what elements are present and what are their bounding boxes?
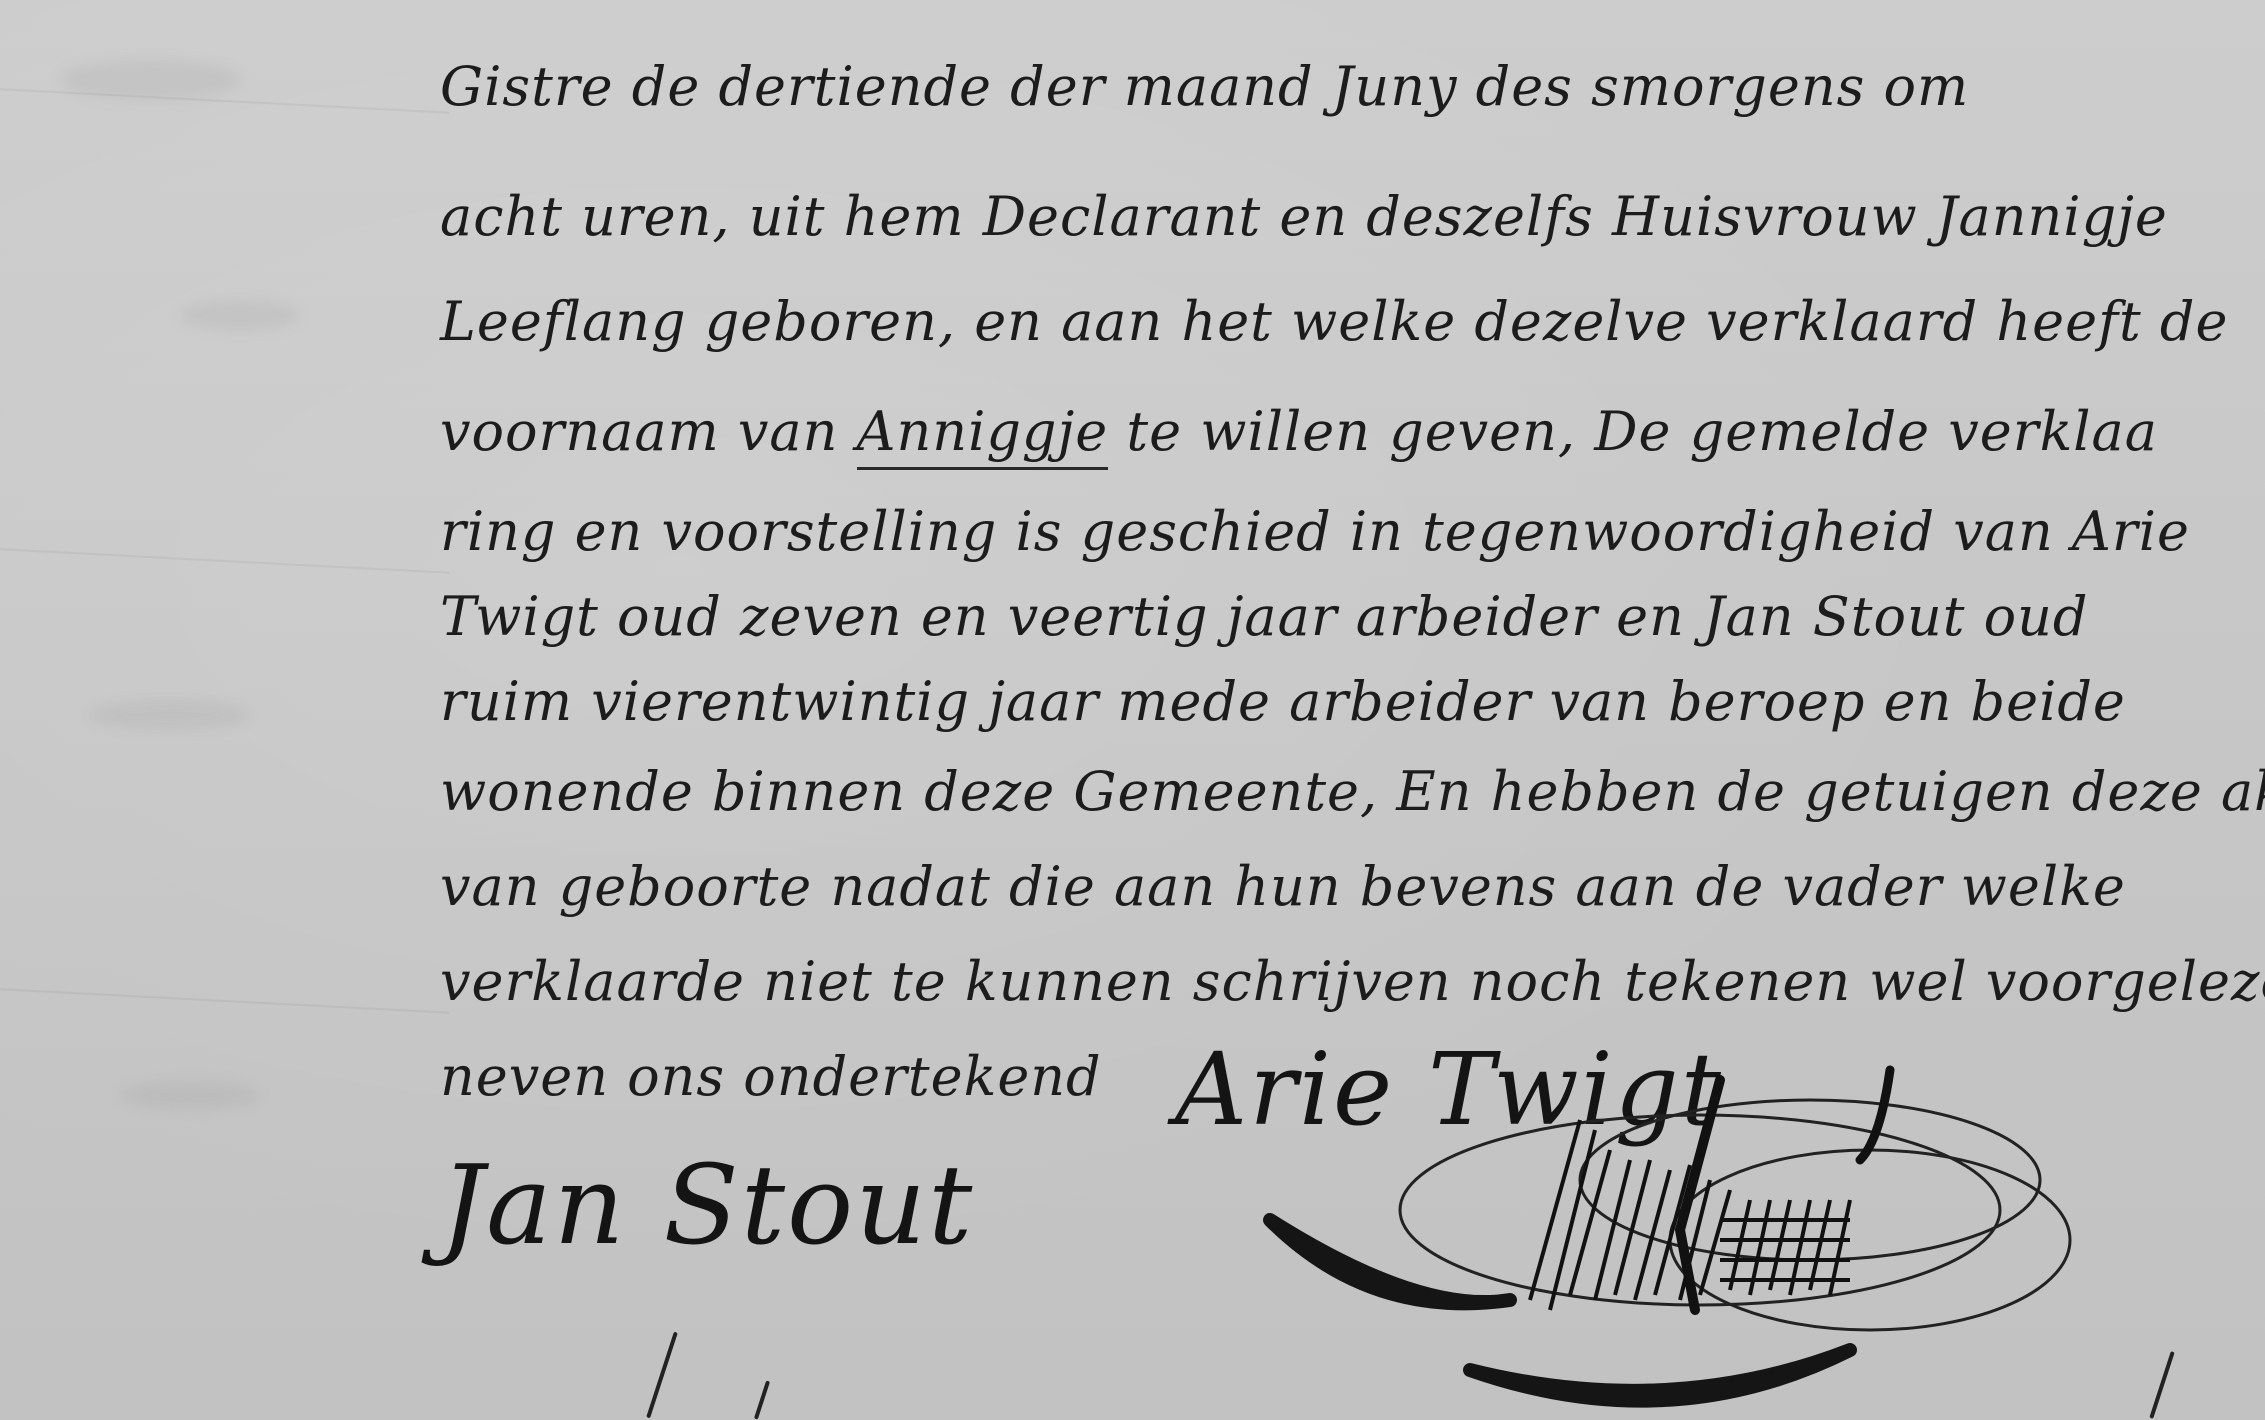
text-line-3: Leeflang geboren, en aan het welke dezel…: [440, 295, 2228, 349]
signature-jan-stout: Jan Stout: [440, 1150, 974, 1260]
paper-fold-line: [0, 988, 449, 1014]
paper-fold-line: [0, 88, 449, 114]
paper-stain: [180, 300, 300, 330]
paper-stain: [90, 700, 250, 730]
cutoff-stroke: [754, 1380, 770, 1419]
document-page: Gistre de dertiende der maand Juny des s…: [0, 0, 2265, 1420]
text-line-2: acht uren, uit hem Declarant en deszelfs…: [440, 190, 2168, 244]
cutoff-stroke: [2149, 1351, 2174, 1419]
text-line-4b: te willen geven, De gemelde verklaa: [1126, 400, 2158, 463]
text-line-11: neven ons ondertekend: [440, 1050, 1102, 1104]
text-line-10: verklaarde niet te kunnen schrijven noch…: [440, 955, 2265, 1009]
paper-fold-line: [0, 548, 449, 574]
child-name: Anniggje: [857, 400, 1109, 470]
text-line-1: Gistre de dertiende der maand Juny des s…: [440, 60, 1969, 114]
text-line-4a: voornaam van: [440, 400, 838, 463]
text-line-5: ring en voorstelling is geschied in tege…: [440, 505, 2190, 559]
text-line-4: voornaam van Anniggje te willen geven, D…: [440, 405, 2158, 459]
text-line-7: ruim vierentwintig jaar mede arbeider va…: [440, 675, 2126, 729]
paper-stain: [120, 1080, 260, 1110]
text-line-8: wonende binnen deze Gemeente, En hebben …: [440, 765, 2265, 819]
text-line-6: Twigt oud zeven en veertig jaar arbeider…: [440, 590, 2089, 644]
official-signature-flourish-icon: [1250, 1060, 2150, 1420]
text-line-9: van geboorte nadat die aan hun bevens aa…: [440, 860, 2126, 914]
cutoff-stroke: [646, 1332, 678, 1419]
